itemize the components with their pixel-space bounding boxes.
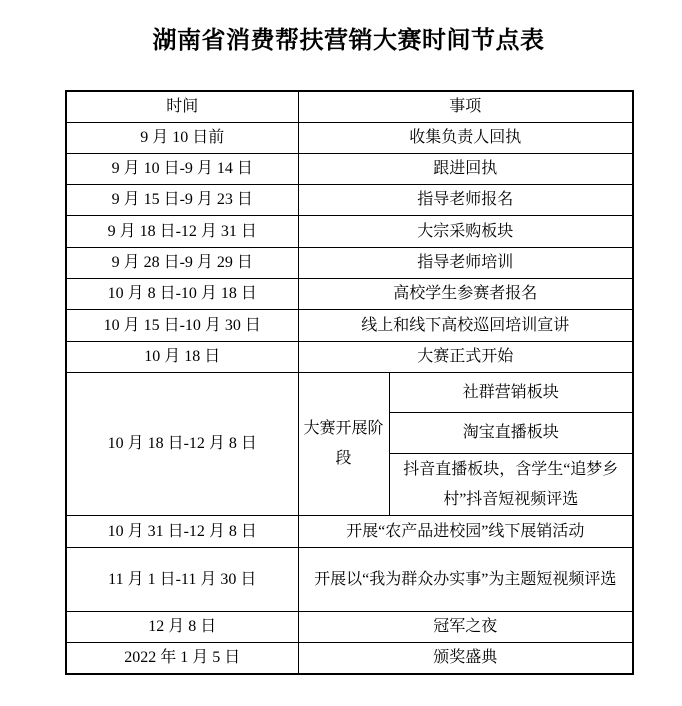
table-row: 10 月 18 日 大赛正式开始: [66, 342, 633, 373]
table-row: 9 月 18 日-12 月 31 日 大宗采购板块: [66, 216, 633, 248]
time-cell: 9 月 18 日-12 月 31 日: [66, 216, 298, 248]
table-row-merged: 10 月 18 日-12 月 8 日 大赛开展阶段 社群营销板块: [66, 373, 633, 413]
schedule-table: 时间 事项 9 月 10 日前 收集负责人回执 9 月 10 日-9 月 14 …: [65, 90, 634, 675]
header-item-cell: 事项: [298, 91, 633, 123]
table-row: 10 月 15 日-10 月 30 日 线上和线下高校巡回培训宣讲: [66, 310, 633, 342]
item-cell: 开展“农产品进校园”线下展销活动: [298, 516, 633, 548]
item-cell: 颁奖盛典: [298, 643, 633, 675]
item-cell: 指导老师报名: [298, 185, 633, 216]
item-cell: 大宗采购板块: [298, 216, 633, 248]
table-row: 9 月 28 日-9 月 29 日 指导老师培训: [66, 248, 633, 279]
time-cell: 10 月 15 日-10 月 30 日: [66, 310, 298, 342]
time-cell: 9 月 15 日-9 月 23 日: [66, 185, 298, 216]
item-cell: 收集负责人回执: [298, 123, 633, 154]
time-cell: 11 月 1 日-11 月 30 日: [66, 548, 298, 612]
table-header-row: 时间 事项: [66, 91, 633, 123]
item-cell: 大赛正式开始: [298, 342, 633, 373]
sub-item-cell: 抖音直播板块，含学生“追梦乡村”抖音短视频评选: [389, 454, 633, 516]
item-cell: 指导老师培训: [298, 248, 633, 279]
table-row: 10 月 31 日-12 月 8 日 开展“农产品进校园”线下展销活动: [66, 516, 633, 548]
item-cell: 冠军之夜: [298, 612, 633, 643]
time-cell: 9 月 10 日前: [66, 123, 298, 154]
time-cell: 2022 年 1 月 5 日: [66, 643, 298, 675]
time-cell: 10 月 31 日-12 月 8 日: [66, 516, 298, 548]
time-cell: 10 月 18 日-12 月 8 日: [66, 373, 298, 516]
item-cell: 跟进回执: [298, 154, 633, 185]
item-cell: 线上和线下高校巡回培训宣讲: [298, 310, 633, 342]
sub-item-cell: 社群营销板块: [389, 373, 633, 413]
time-cell: 10 月 8 日-10 月 18 日: [66, 279, 298, 310]
table-row: 9 月 15 日-9 月 23 日 指导老师报名: [66, 185, 633, 216]
document-page: 湖南省消费帮扶营销大赛时间节点表 时间 事项 9 月 10 日前 收集负责人回执…: [0, 0, 682, 706]
table-row: 9 月 10 日-9 月 14 日 跟进回执: [66, 154, 633, 185]
sub-item-cell: 淘宝直播板块: [389, 413, 633, 454]
item-cell: 开展以“我为群众办实事”为主题短视频评选: [298, 548, 633, 612]
table-row: 10 月 8 日-10 月 18 日 高校学生参赛者报名: [66, 279, 633, 310]
stage-cell: 大赛开展阶段: [298, 373, 389, 516]
page-title: 湖南省消费帮扶营销大赛时间节点表: [65, 0, 632, 57]
header-time-cell: 时间: [66, 91, 298, 123]
table-row: 2022 年 1 月 5 日 颁奖盛典: [66, 643, 633, 675]
time-cell: 10 月 18 日: [66, 342, 298, 373]
time-cell: 9 月 10 日-9 月 14 日: [66, 154, 298, 185]
table-row: 11 月 1 日-11 月 30 日 开展以“我为群众办实事”为主题短视频评选: [66, 548, 633, 612]
time-cell: 12 月 8 日: [66, 612, 298, 643]
item-cell: 高校学生参赛者报名: [298, 279, 633, 310]
table-row: 9 月 10 日前 收集负责人回执: [66, 123, 633, 154]
table-row: 12 月 8 日 冠军之夜: [66, 612, 633, 643]
time-cell: 9 月 28 日-9 月 29 日: [66, 248, 298, 279]
